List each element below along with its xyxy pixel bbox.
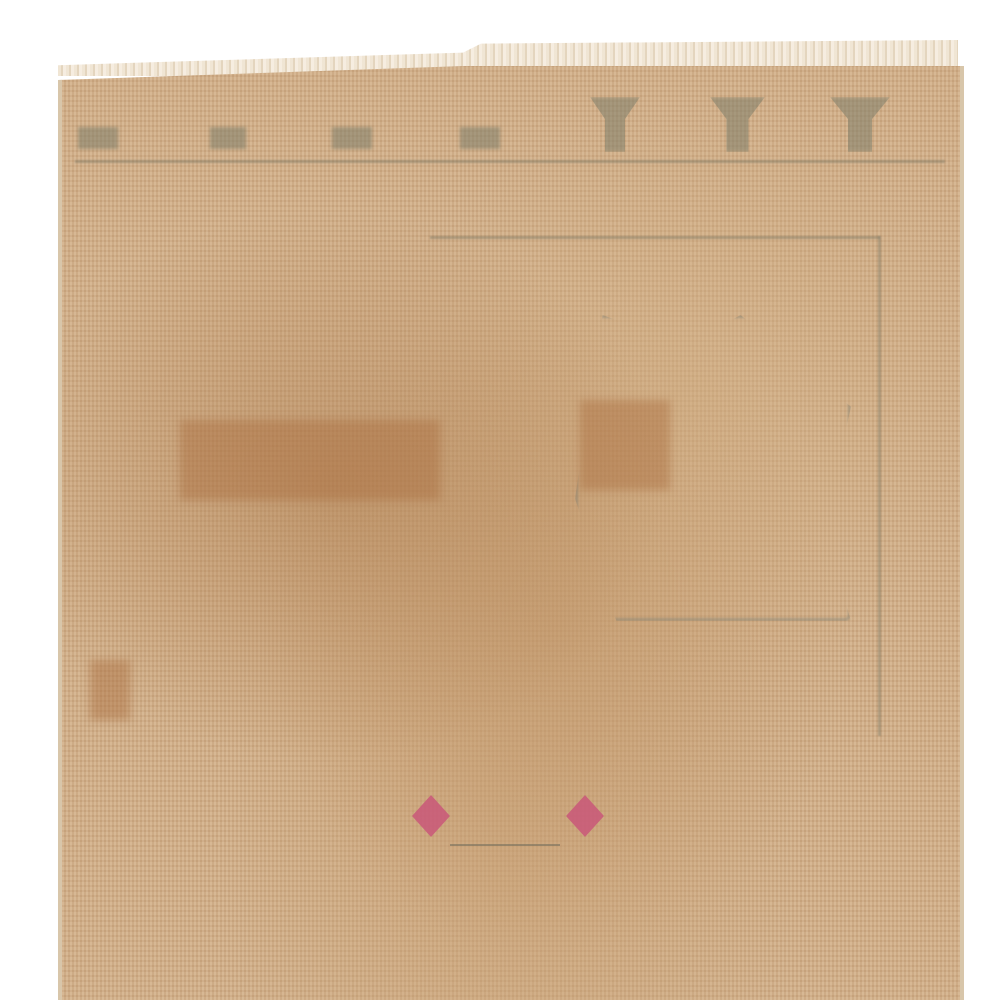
border-motif xyxy=(332,127,372,149)
inner-border-line xyxy=(430,236,880,239)
rust-patch xyxy=(180,420,440,500)
inner-border-line xyxy=(878,236,881,736)
rust-patch xyxy=(580,400,670,490)
rug-photo xyxy=(0,0,1000,1000)
grey-line xyxy=(450,844,560,846)
rug-field xyxy=(58,66,964,1000)
rug-top-border xyxy=(70,92,950,162)
inner-border-line xyxy=(75,160,945,163)
border-motif xyxy=(710,97,765,152)
border-motif xyxy=(590,97,640,152)
border-motif xyxy=(78,127,118,149)
border-motif xyxy=(460,127,500,149)
rust-patch xyxy=(90,660,130,720)
border-motif xyxy=(830,97,890,152)
border-motif xyxy=(210,127,246,149)
